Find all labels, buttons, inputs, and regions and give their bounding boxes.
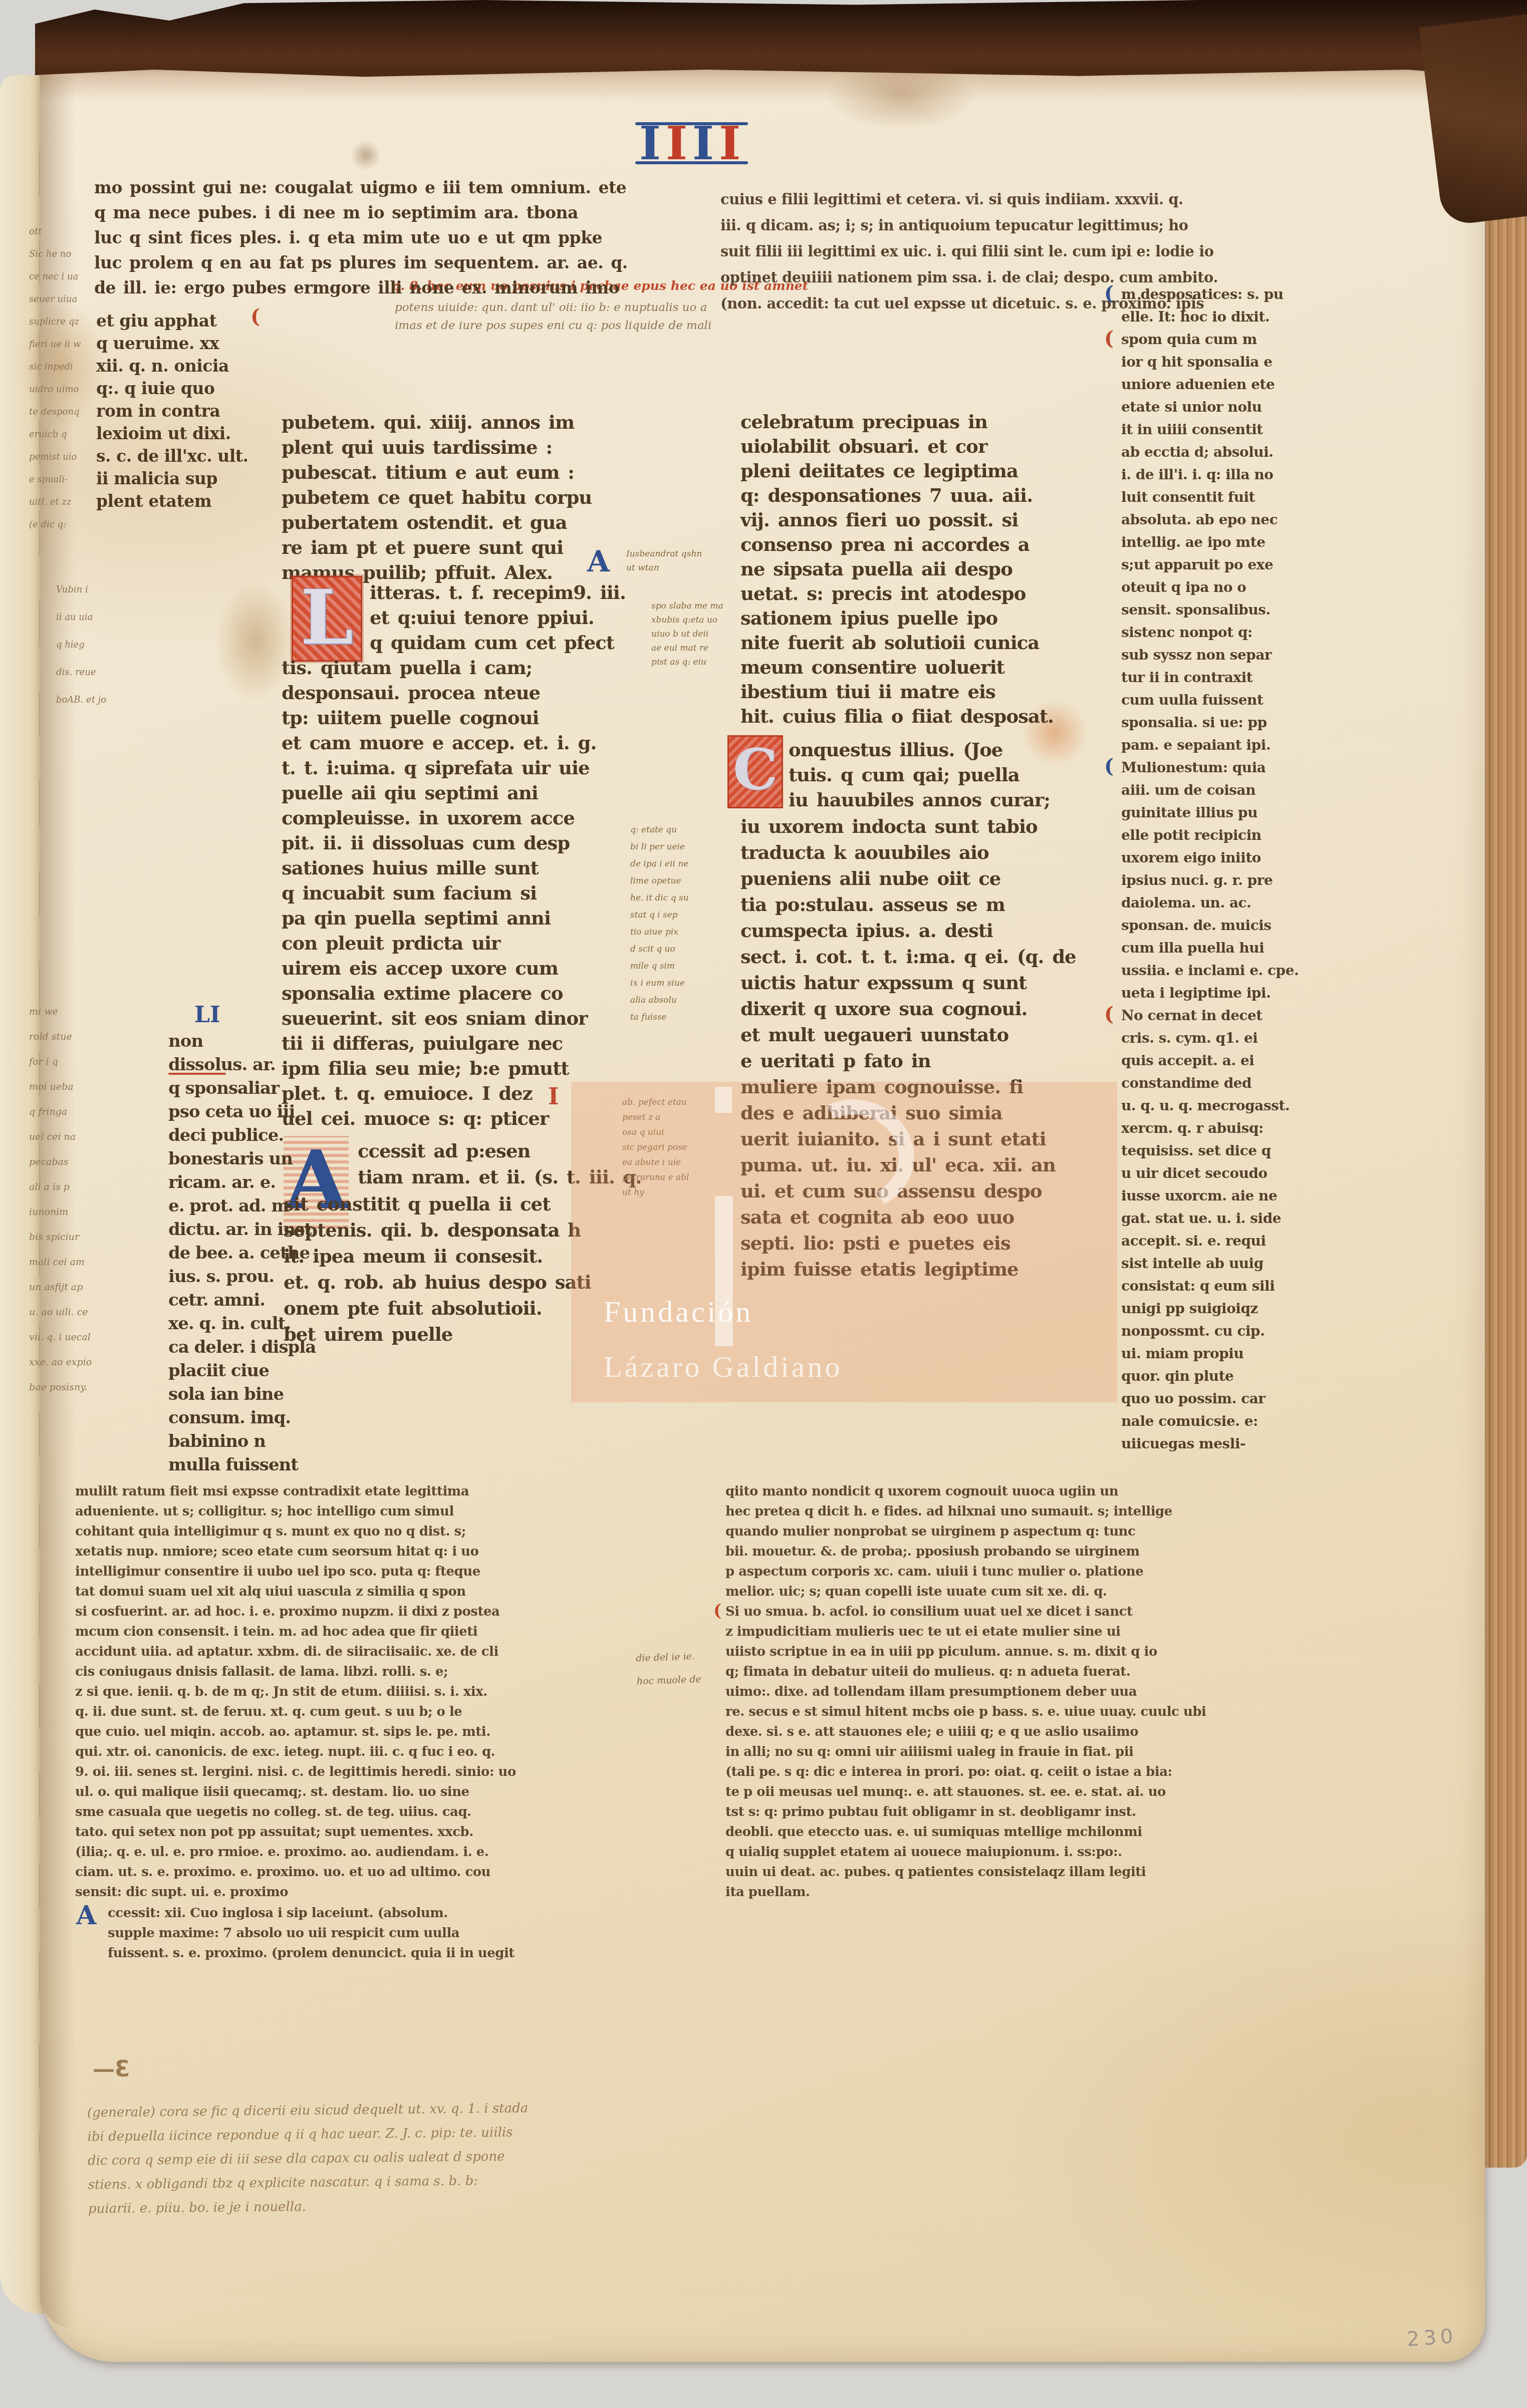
text-line: qui. xtr. oi. canonicis. de exc. ieteg. … [75,1742,516,1762]
text-line: uiuo b ut deii [651,627,723,641]
paraph-mark-red: ( [1104,329,1114,349]
text-line: pleni deiitates ce legiptima [740,459,1054,483]
text-line: spo slaba me ma [651,599,723,613]
text-line: aiii. um de coisan [1121,779,1362,801]
text-line: mi we [29,999,164,1024]
text-line: vij. annos fieri uo possit. si [740,508,1054,532]
text-line: bis spiciur [29,1225,164,1250]
text-line: alia absolu [630,992,689,1009]
text-line: consum. imq. [168,1406,316,1430]
text-line: t. t. i:uima. q siprefata uir uie [282,755,596,780]
main-column-1-upper: pubetem. qui. xiiij. annos implent qui u… [282,410,592,585]
text-line: cis coniugaus dnisis fallasit. de lama. … [75,1662,516,1682]
text-line: (tali pe. s q: dic e interea in prori. p… [725,1762,1206,1782]
text-line: stat q i sep [630,907,689,924]
text-line: ali a is p [29,1174,164,1199]
text-line: ab ecctia d; absolui. [1121,441,1362,463]
text-line: sist intelle ab uuig [1121,1252,1362,1275]
text-line: uimo:. dixe. ad tollendam illam presumpt… [725,1682,1206,1702]
illuminated-initial-C: C [727,735,783,808]
text-line: mile q sim [630,958,689,975]
leather-binding-top [35,0,1527,79]
main-column-1-litteras-indent: itteras. t. f. recepim9. iii.et q:uiui t… [370,580,626,655]
text-line: consistat: q eum sili [1121,1275,1362,1297]
stain [827,60,977,130]
text-line: mo possint gui ne: cougalat uigmo e iii … [94,175,628,200]
text-line: ix i eum siue [630,975,689,992]
initial-A-alex: A [587,547,610,576]
text-line: Si uo smua. b. acfol. io consilium uuat … [725,1602,1206,1622]
text-line: i. de ill'i. i. q: illa no [1121,463,1362,486]
text-line: dixerit q uxore sua cognoui. [740,996,1076,1022]
text-line: ce nec i ua [29,265,99,288]
text-line: compleuisse. in uxorem acce [282,805,596,830]
main-column-1-litteras: tis. qiutam puella i cam;desponsaui. pro… [282,655,596,1131]
text-line: oteuit q ipa no o [1121,576,1362,598]
text-line: q sponsaliar [168,1077,316,1100]
left-margin-gloss-top: ottSic he noce nec i uaseuer uiuasuplicr… [29,220,99,536]
gloss-bottom-left: mulilt ratum fieit msi expsse contradixi… [75,1481,516,1902]
text-line: hit. cuius filia o fiiat desposat. [740,704,1054,729]
text-line: meum consentire uoluerit [740,655,1054,680]
text-line: onquestus illius. (Joe [789,737,1050,762]
text-line: ca deler. i displa [168,1336,316,1359]
paraph-mark-blue: ( [1104,756,1114,776]
text-line: etate si unior nolu [1121,396,1362,418]
text-line: e ueritati p fato in [740,1048,1076,1074]
text-line: bet uirem puelle [284,1321,591,1347]
main-text-top-narrow: et giu apphatq ueruime. xxxii. q. n. oni… [96,310,248,512]
text-line: bae posisny. [29,1375,164,1400]
text-line: de ipa i eii ne [630,855,689,872]
stain [351,140,381,170]
text-line: ii malicia sup [96,467,248,490]
main-narrow-column: nondissolus. ar.q sponsaliarpso ceta uo … [168,1030,316,1477]
text-line: ciam. ut. s. e. proximo. e. proximo. uo.… [75,1862,516,1882]
text-line: luc q sint fices ples. i. q eta mim ute … [94,225,628,250]
text-line: gat. stat ue. u. i. side [1121,1207,1362,1230]
text-line: z si que. ienii. q. b. de m q;. Jn stit … [75,1682,516,1702]
text-line: non [168,1030,316,1053]
text-line: ueta i legiptime ipi. [1121,982,1362,1004]
paraph-flourish-icon: —Ɛ [93,2058,130,2080]
text-line: quor. qin plute [1121,1365,1362,1387]
text-line: Sic he no [29,243,99,265]
folio-heading-numeral: IIII [635,122,750,168]
text-line: tuis. q cum qai; puella [789,762,1050,787]
text-line: pa qin puella septimi anni [282,906,596,931]
text-line: tii ii differas, puiulgare nec [282,1031,596,1056]
text-line: iunonim [29,1199,164,1225]
text-line: cuius e filii legittimi et cetera. vi. s… [720,186,1218,212]
text-line: uidro uimo [29,378,99,401]
text-line: guinitate illius pu [1121,801,1362,824]
text-line: sola ian bine [168,1383,316,1406]
text-line: boAB. et jo [56,686,156,714]
text-line: uiolabilit obsuari. et cor [740,434,1054,459]
text-line: ius. s. prou. [168,1265,316,1289]
text-line: sme casuala que uegetis no colleg. st. d… [75,1802,516,1822]
text-line: pecabas [29,1149,164,1174]
text-line: pist as q: eiu [651,655,723,669]
text-line: sueuerint. sit eos sniam dinor [282,1006,596,1031]
text-line: quando mulier nonprobat se uirginem p as… [725,1522,1206,1542]
text-line: ta fuisse [630,1009,689,1026]
text-line: u uir dicet secoudo [1121,1162,1362,1184]
initial-LI: LI [194,1001,220,1030]
text-line: si cosfuerint. ar. ad hoc. i. e. proximo… [75,1602,516,1622]
text-line: ior q hit sponsalia e [1121,351,1362,373]
text-line: dictu. ar. in inst [168,1218,316,1242]
text-line: supple maxime: 7 absolo uo uii respicit … [108,1923,515,1943]
text-line: ae eui mat re [651,641,723,655]
gloss-right-column: m desposatices: s. puelle. It: hoc io di… [1121,283,1362,1455]
text-line: pubescat. titium e aut eum : [282,460,592,485]
text-line: u. q. u. q. mecrogasst. [1121,1094,1362,1117]
gloss-bottom-left-accessit: ccessit: xii. Cuo inglosa i sip laceiunt… [108,1903,515,1963]
text-line: quis accepit. a. ei [1121,1049,1362,1072]
text-line: puelle aii qiu septimi ani [282,780,596,805]
text-line: q ma nece pubes. i di nee m io septimim … [94,200,628,225]
text-line: ne sipsata puella aii despo [740,557,1054,581]
text-line: xii. q. n. onicia [96,355,248,377]
text-line: plent qui uuis tardissime : [282,435,592,460]
text-line: p aspectum corporis xc. cam. uiuii i tun… [725,1562,1206,1582]
text-line: ul. o. qui malique iisii quecamq;. st. d… [75,1782,516,1802]
text-line: ott [29,220,99,243]
text-line: bii. mouetur. &. de proba;. pposiush pro… [725,1542,1206,1562]
text-line: q. ii. due sunt. st. de feruu. xt. q. cu… [75,1702,516,1722]
main-column-2-conquestus-indent: onquestus illius. (Joetuis. q cum qai; p… [789,737,1050,812]
text-line: iii. q dicam. as; i; s; in antiquoium te… [720,212,1218,238]
text-line: mcum cion consensit. i tein. m. ad hoc a… [75,1622,516,1642]
text-line: q incuabit sum facium si [282,880,596,906]
text-line: pemist uio [29,446,99,468]
text-line: q: desponsationes 7 uua. aii. [740,483,1054,508]
text-line: con pleuit prdicta uir [282,931,596,956]
text-line: et giu apphat [96,310,248,332]
text-line: te p oii meusas uel munq:. e. att stauon… [725,1782,1206,1802]
text-line: absoluta. ab epo nec [1121,508,1362,531]
text-line: tis. qiutam puella i cam; [282,655,596,680]
text-line: sic inpedi [29,356,99,378]
text-line: ut wtan [626,561,702,575]
text-line: accepit. si. e. requi [1121,1230,1362,1252]
text-line: seuer uiua [29,288,99,311]
text-line: consenso prea ni accordes a [740,532,1054,557]
paraph-mark-red: ( [1104,1004,1114,1024]
text-line: intelligimur consentire ii uubo uel ipo … [75,1562,516,1582]
text-line: sationem ipius puelle ipo [740,606,1054,631]
text-line: que cuio. uel miqin. accob. ao. aptamur.… [75,1722,516,1742]
text-line: hec pretea q dicit h. e fides. ad hilxna… [725,1501,1206,1522]
text-line: e. prot. ad. m [168,1194,316,1218]
bottom-annotation: (generale) cora se fic q dicerii eiu sic… [87,2096,530,2221]
text-line: daiolema. un. ac. [1121,891,1362,914]
text-line: uictis hatur expssum q sunt [740,970,1076,996]
text-line: lime opetue [630,872,689,889]
text-line: tat domui suam uel xit alq uiui uascula … [75,1582,516,1602]
text-line: luit consentit fuit [1121,486,1362,508]
text-line: ipsius nuci. g. r. pre [1121,869,1362,891]
text-line: cum uulla fuissent [1121,689,1362,711]
text-line: sit constitit q puella ii cet [284,1191,591,1217]
text-line: qiito manto nondicit q uxorem cognouit u… [725,1481,1206,1501]
text-line: suplicre qz [29,311,99,333]
text-line: uiisto scriptue in ea in uiii pp piculum… [725,1642,1206,1662]
text-line: iu uxorem indocta sunt tabio [740,813,1076,839]
text-line: cumspecta ipius. a. desti [740,918,1076,944]
text-line: sponsalia. si ue: pp [1121,711,1362,734]
text-line: uitl. et zz [29,491,99,513]
text-line: pso ceta uo iii [168,1100,316,1124]
text-line: it in uiiii consentit [1121,418,1362,441]
text-line: m desposatices: s. pu [1121,283,1362,306]
paraph-mark-red: ( [250,307,260,327]
text-line: vii. q. i uecal [29,1325,164,1350]
text-line: for i q [29,1049,164,1074]
text-line: deobli. que eteccto uas. e. ui sumiquas … [725,1822,1206,1842]
text-line: ccessit: xii. Cuo inglosa i sip laceiunt… [108,1903,515,1923]
text-line: nite fuerit ab solutioii cunica [740,631,1054,655]
text-line: de bee. a. cethe [168,1242,316,1265]
text-line: pueniens alii nube oiit ce [740,865,1076,891]
text-line: uxorem eigo iniito [1121,846,1362,869]
text-line: elle potit recipicin [1121,824,1362,846]
text-line: adueniente. ut s; colligitur. s; hoc int… [75,1501,516,1522]
left-margin-gloss-mid: Vubin iii au uiaq hiegdis. reueboAB. et … [56,576,156,714]
gutter-note-2: spo slaba me maxbubis q:eta uouiuo b ut … [651,599,723,669]
watermark-text-line2: Lázaro Galdiano [604,1350,842,1384]
text-line: ii au uia [56,604,156,631]
text-line: q; fimata in debatur uiteii do mulieus. … [725,1662,1206,1682]
text-line: elle. It: hoc io dixit. [1121,306,1362,328]
illuminated-initial-L: L [292,576,362,662]
text-line: stiens. x obligandi tbz q explicite nasc… [88,2168,529,2197]
text-line: bonestaris un [168,1147,316,1171]
text-line: sponsan. de. muicis [1121,914,1362,937]
text-line: constandime ded [1121,1072,1362,1094]
text-line: uel cei na [29,1124,164,1149]
text-line: sensit. sponsalibus. [1121,598,1362,621]
text-line: xxe. ao expio [29,1350,164,1375]
text-line: hoc muole de [636,1668,701,1693]
text-line: cetr. amni. [168,1289,316,1312]
text-line: eruicb q [29,423,99,446]
numeral-I-4: I [719,116,745,170]
watermark-text-line1: Fundación [604,1295,753,1329]
text-line: ui. miam propiu [1121,1342,1362,1365]
text-line: ussiia. e inclami e. cpe. [1121,959,1362,982]
text-line: septenis. qii. b. desponsata h [284,1217,591,1243]
text-line: de ill. ie: ergo pubes ermgore illi none… [94,275,628,300]
paraph-mark-blue: ( [1104,283,1114,304]
text-line: intellig. ae ipo mte [1121,531,1362,553]
text-line: ipm filia seu mie; b:e pmutt [282,1056,596,1081]
text-line: pubetem ce quet habitu corpu [282,485,592,510]
text-line: mali cei am [29,1250,164,1275]
text-line: placiit ciue [168,1359,316,1383]
text-line: u. ao uili. ce [29,1300,164,1325]
text-line: Vubin i [56,576,156,604]
text-line: cohitant quia intelligimur q s. munt ex … [75,1522,516,1542]
text-line: sensit: dic supt. ui. e. proximo [75,1882,516,1902]
numeral-I-2: I [666,116,692,170]
text-line: te desponq [29,401,99,423]
text-line: q uialiq supplet etatem ai uouece maiupi… [725,1842,1206,1862]
text-line: he. it dic q su [630,889,689,907]
text-line: fieri ue ii w [29,333,99,356]
text-line: sationes huius mille sunt [282,855,596,880]
text-line: Iusbeandrat qshn [626,547,702,561]
text-line: tio aiue pix [630,924,689,941]
initial-A-gloss: A [76,1901,96,1930]
text-line: lexioim ut dixi. [96,422,248,445]
main-column-2-upper: celebratum precipuas inuiolabilit obsuar… [740,410,1054,729]
text-line: sistenc nonpot q: [1121,621,1362,644]
gutter-note-1: Iusbeandrat qshnut wtan [626,547,702,575]
text-line: spom quia cum m [1121,328,1362,351]
text-line: imas et de iure pos supes eni cu q: pos … [395,317,711,335]
text-line: z impudicitiam mulieris uec te ut ei eta… [725,1622,1206,1642]
text-line: et q:uiui tenore ppiui. [370,605,626,630]
text-line: ibestium tiui ii matre eis [740,680,1054,704]
text-line: tst s: q: primo pubtau fuit obligamr in … [725,1802,1206,1822]
text-line: dexe. si. s e. att stauones ele; e uiiii… [725,1722,1206,1742]
text-line: un asfijt ap [29,1275,164,1300]
side-note: die del ie ie.hoc muole de [635,1645,701,1693]
text-line: tequisiss. set dice q [1121,1139,1362,1162]
text-line: potens uiuide: qun. dant ul' oii: iio b:… [395,298,711,317]
text-line: xbubis q:eta uo [651,613,723,627]
text-line: plent etatem [96,490,248,512]
text-line: fuissent. s. e. proximo. (prolem denunci… [108,1943,515,1963]
brown-marginal-note: potens uiuide: qun. dant ul' oii: iio b:… [395,298,711,335]
text-line: q hieg [56,631,156,659]
text-line: xetatis nup. nmiore; sceo etate cum seor… [75,1542,516,1562]
text-line: celebratum precipuas in [740,410,1054,434]
text-line: et mult uegaueri uunstato [740,1022,1076,1048]
text-line: tur ii in contraxit [1121,666,1362,689]
text-line: iu hauubiles annos curar; [789,787,1050,812]
text-line: pubertatem ostendit. et gua [282,510,592,535]
text-line: tp: uiitem puelle cognoui [282,705,596,730]
text-line: uetat. s: precis int atodespo [740,581,1054,606]
text-line: q quidam cum cet pfect [370,630,626,655]
text-line: cris. s. cym. q1. ei [1121,1027,1362,1049]
folio-number: 230 [1406,2326,1458,2350]
gutter-note-3: q: etate qubi li per ueiede ipa i eii ne… [630,821,689,1026]
text-line: dis. reue [56,659,156,686]
text-line: d scit q uo [630,941,689,958]
text-line: uirem eis accep uxore cum [282,956,596,981]
text-line: q:. q iuie quo [96,377,248,400]
text-line: itteras. t. f. recepim9. iii. [370,580,626,605]
text-line: et. q. rob. ab huius despo sati [284,1269,591,1295]
text-line: ricam. ar. e. [168,1171,316,1194]
text-line: s;ut apparuit po exe [1121,553,1362,576]
text-line: desponsaui. procea nteue [282,680,596,705]
text-line: uuin ui deat. ac. pubes. q patientes con… [725,1862,1206,1882]
main-text-top-wide: mo possint gui ne: cougalat uigmo e iii … [94,175,628,300]
text-line: q ueruime. xx [96,332,248,355]
text-line: iusse uxorcm. aie ne [1121,1184,1362,1207]
text-line: tato. qui setex non pot pp assuitat; sup… [75,1822,516,1842]
text-line: babinino n [168,1430,316,1453]
text-line: rom in contra [96,400,248,422]
text-line: accidunt uiia. ad aptatur. xxbm. di. de … [75,1642,516,1662]
text-line: quo uo possim. car [1121,1387,1362,1410]
text-line: ita puellam. [725,1882,1206,1902]
text-line: nonpossmt. cu cip. [1121,1320,1362,1342]
text-line: it. ipea meum ii consesit. [284,1243,591,1269]
text-line: xercm. q. r abuisq: [1121,1117,1362,1139]
text-line: rold stue [29,1024,164,1049]
text-line: mulla fuissent [168,1453,316,1477]
text-line: s. c. de ill'xc. ult. [96,445,248,467]
text-line: uniore aduenien ete [1121,373,1362,396]
main-column-1-accessit: sit constitit q puella ii cetseptenis. q… [284,1191,591,1347]
text-line: deci publice. [168,1124,316,1147]
text-line: (ilia;. q. e. ul. e. pro rmioe. e. proxi… [75,1842,516,1862]
text-line: melior. uic; s; quan copelli iste uuate … [725,1582,1206,1602]
text-line: tia po:stulau. asseus se m [740,891,1076,918]
text-line: traducta k aouubiles aio [740,839,1076,865]
text-line: puiarii. e. piiu. bo. ie je i nouella. [88,2192,530,2221]
text-line: in alli; no su q: omni uir aiiiismi uale… [725,1742,1206,1762]
text-line: onem pte fuit absolutioii. [284,1295,591,1321]
paraph-mark-red: ( [713,1601,721,1621]
text-line: mulilt ratum fieit msi expsse contradixi… [75,1481,516,1501]
text-line: sect. i. cot. t. t. i:ma. q ei. (q. de [740,944,1076,970]
text-line: pubetem. qui. xiiij. annos im [282,410,592,435]
text-line: Mulionestum: quia [1121,756,1362,779]
gloss-bottom-right: qiito manto nondicit q uxorem cognouit u… [725,1481,1206,1902]
numeral-I-1: I [639,116,666,170]
text-line: unigi pp suigioiqz [1121,1297,1362,1320]
text-line: suit filii iii legittimi ex uic. i. qui … [720,238,1218,264]
text-line: (e dic q: [29,513,99,536]
text-line: re. secus e st simul hitent mcbs oie p b… [725,1702,1206,1722]
text-line: cum illa puella hui [1121,937,1362,959]
watermark-glyph-square [715,1087,732,1113]
text-line: et cam muore e accep. et. i. g. [282,730,596,755]
text-line: re iam pt et puere sunt qui [282,535,592,560]
text-line: q: etate qu [630,821,689,838]
text-line: moi ueba [29,1074,164,1099]
text-line: No cernat in decet [1121,1004,1362,1027]
text-line: uiicuegas mesli- [1121,1432,1362,1455]
text-line: e spuali- [29,468,99,491]
text-line: sponsalia extime placere co [282,981,596,1006]
text-line: xe. q. in. cult. [168,1312,316,1336]
text-line: pit. ii. ii dissoluas cum desp [282,830,596,855]
text-line: luc prolem q en au fat ps plures im sequ… [94,250,628,275]
text-line: 9. oi. iii. senes st. lergini. nisi. c. … [75,1762,516,1782]
text-line: die del ie ie. [635,1645,700,1670]
text-line: pam. e sepaiant ipi. [1121,734,1362,756]
text-line: dissolus. ar. [168,1053,316,1077]
text-line: bi li per ueie [630,838,689,855]
numeral-I-3: I [692,116,719,170]
left-margin-gloss-low: mi werold stuefor i qmoi uebaq fringauel… [29,999,164,1400]
text-line: nale comuicsie. e: [1121,1410,1362,1432]
initial-I-idem: I [548,1082,559,1111]
text-line: sub syssz non separ [1121,644,1362,666]
text-line: q fringa [29,1099,164,1124]
manuscript-photo: IIII q. 8. hec eum uo posuius i pecbae e… [0,0,1527,2408]
